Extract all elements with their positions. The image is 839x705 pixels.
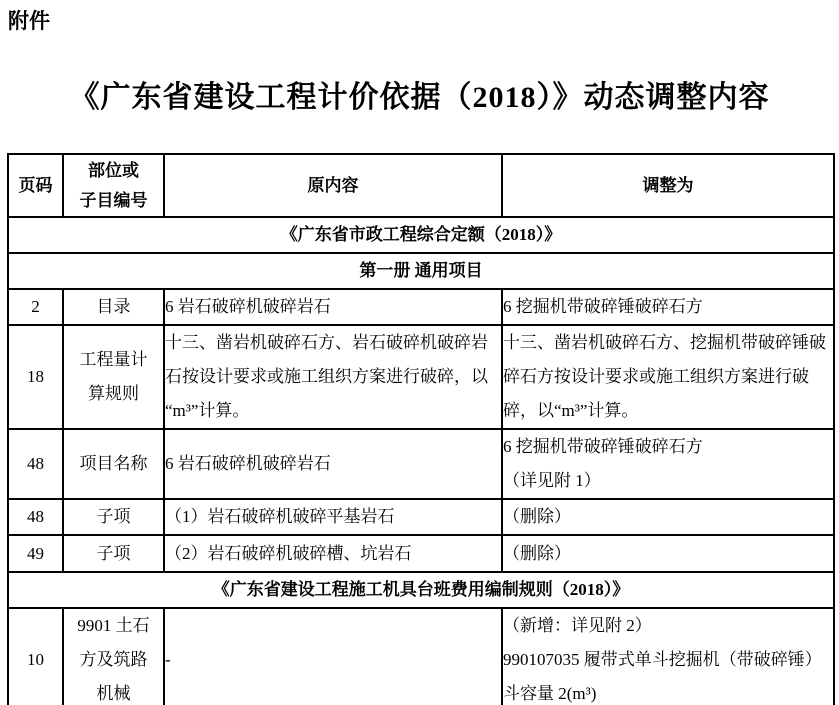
header-adjusted: 调整为: [502, 154, 834, 217]
cell-adjusted: （新增：详见附 2） 990107035 履带式单斗挖掘机（带破碎锤） 斗容量 …: [502, 608, 834, 705]
cell-original: -: [164, 608, 502, 705]
cell-page-no: 10: [8, 608, 63, 705]
cell-original: 6 岩石破碎机破碎岩石: [164, 289, 502, 325]
cell-section: 工程量计 算规则: [63, 325, 164, 429]
cell-page-no: 2: [8, 289, 63, 325]
cell-section: 项目名称: [63, 429, 164, 499]
cell-adjusted: 十三、凿岩机破碎石方、挖掘机带破碎锤破 碎石方按设计要求或施工组织方案进行破 碎…: [502, 325, 834, 429]
document-title: 《广东省建设工程计价依据（2018）》动态调整内容: [0, 72, 839, 116]
cell-original: 十三、凿岩机破碎石方、岩石破碎机破碎岩 石按设计要求或施工组织方案进行破碎，以 …: [164, 325, 502, 429]
table-row: 48 项目名称 6 岩石破碎机破碎岩石 6 挖掘机带破碎锤破碎石方 （详见附 1…: [8, 429, 834, 499]
cell-original: （1）岩石破碎机破碎平基岩石: [164, 499, 502, 535]
cell-page-no: 48: [8, 499, 63, 535]
document-page: 附件 《广东省建设工程计价依据（2018）》动态调整内容 页码 部位或 子目编号…: [0, 0, 839, 705]
adjustment-table: 页码 部位或 子目编号 原内容 调整为 《广东省市政工程综合定额（2018）》 …: [7, 153, 835, 705]
section-row-volume-one: 第一册 通用项目: [8, 253, 834, 289]
section-title: 《广东省市政工程综合定额（2018）》: [8, 217, 834, 253]
section-title: 《广东省建设工程施工机具台班费用编制规则（2018）》: [8, 572, 834, 608]
section-title: 第一册 通用项目: [8, 253, 834, 289]
table-row: 18 工程量计 算规则 十三、凿岩机破碎石方、岩石破碎机破碎岩 石按设计要求或施…: [8, 325, 834, 429]
table-row: 2 目录 6 岩石破碎机破碎岩石 6 挖掘机带破碎锤破碎石方: [8, 289, 834, 325]
table-row: 49 子项 （2）岩石破碎机破碎槽、坑岩石 （删除）: [8, 535, 834, 572]
cell-section: 9901 土石 方及筑路 机械: [63, 608, 164, 705]
attachment-label: 附件: [8, 5, 50, 35]
header-section: 部位或 子目编号: [63, 154, 164, 217]
cell-adjusted: （删除）: [502, 535, 834, 572]
cell-section: 目录: [63, 289, 164, 325]
cell-page-no: 18: [8, 325, 63, 429]
cell-adjusted: 6 挖掘机带破碎锤破碎石方 （详见附 1）: [502, 429, 834, 499]
cell-section: 子项: [63, 499, 164, 535]
cell-section: 子项: [63, 535, 164, 572]
cell-page-no: 48: [8, 429, 63, 499]
section-row-municipal-quota: 《广东省市政工程综合定额（2018）》: [8, 217, 834, 253]
cell-adjusted: 6 挖掘机带破碎锤破碎石方: [502, 289, 834, 325]
table-header-row: 页码 部位或 子目编号 原内容 调整为: [8, 154, 834, 217]
cell-page-no: 49: [8, 535, 63, 572]
table-row: 48 子项 （1）岩石破碎机破碎平基岩石 （删除）: [8, 499, 834, 535]
cell-original: （2）岩石破碎机破碎槽、坑岩石: [164, 535, 502, 572]
table-row: 10 9901 土石 方及筑路 机械 - （新增：详见附 2） 99010703…: [8, 608, 834, 705]
cell-original: 6 岩石破碎机破碎岩石: [164, 429, 502, 499]
header-page-no: 页码: [8, 154, 63, 217]
header-original: 原内容: [164, 154, 502, 217]
section-row-machinery-rules: 《广东省建设工程施工机具台班费用编制规则（2018）》: [8, 572, 834, 608]
cell-adjusted: （删除）: [502, 499, 834, 535]
